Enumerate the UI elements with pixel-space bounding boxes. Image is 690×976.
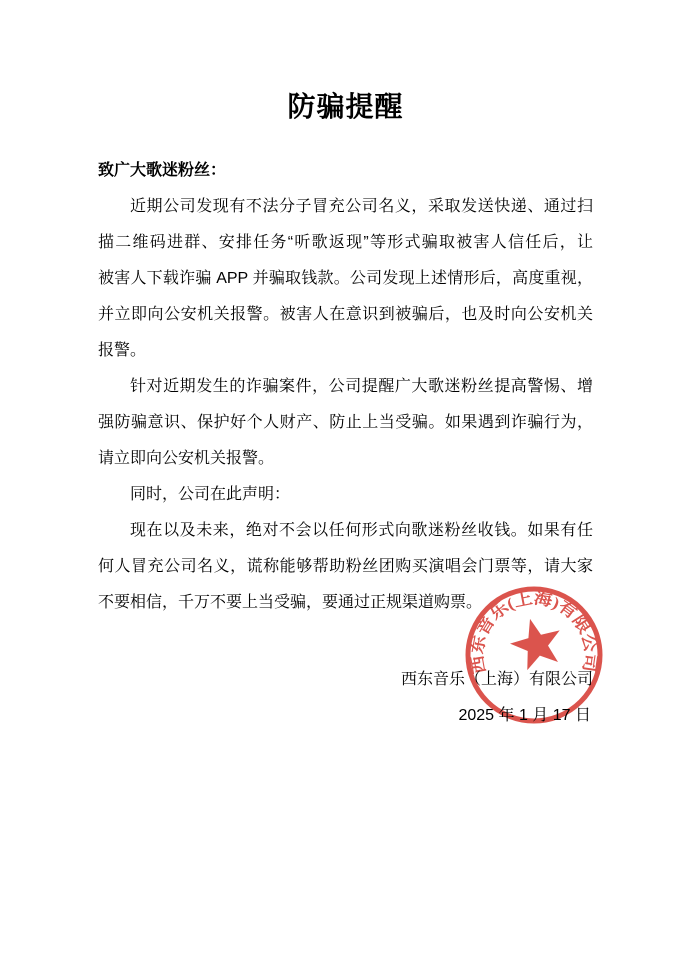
document-page: 防骗提醒 致广大歌迷粉丝： 近期公司发现有不法分子冒充公司名义，采取发送快递、通… — [0, 0, 690, 976]
body-line: 描二维码进群、安排任务“听歌返现”等形式骗取被害人信任后，让 — [98, 225, 593, 261]
body-line: 并立即向公安机关报警。被害人在意识到被骗后，也及时向公安机关 — [98, 297, 593, 333]
body-line: 同时，公司在此声明： — [98, 477, 593, 513]
document-title: 防骗提醒 — [98, 90, 593, 124]
body-line: 强防骗意识、保护好个人财产、防止上当受骗。如果遇到诈骗行为， — [98, 405, 593, 441]
body-line: 近期公司发现有不法分子冒充公司名义，采取发送快递、通过扫 — [98, 189, 593, 225]
paragraph-3: 同时，公司在此声明： — [98, 477, 593, 513]
paragraph-2: 针对近期发生的诈骗案件，公司提醒广大歌迷粉丝提高警惕、增 强防骗意识、保护好个人… — [98, 369, 593, 477]
body-line: 现在以及未来，绝对不会以任何形式向歌迷粉丝收钱。如果有任 — [98, 513, 593, 549]
body-line: 不要相信，千万不要上当受骗，要通过正规渠道购票。 — [98, 585, 593, 621]
body-line: 请立即向公安机关报警。 — [98, 441, 593, 477]
document-body: 防骗提醒 致广大歌迷粉丝： 近期公司发现有不法分子冒充公司名义，采取发送快递、通… — [98, 90, 593, 734]
salutation: 致广大歌迷粉丝： — [98, 153, 593, 189]
body-line: 报警。 — [98, 333, 593, 369]
body-line: 被害人下载诈骗 APP 并骗取钱款。公司发现上述情形后，高度重视， — [98, 261, 593, 297]
document-date: 2025 年 1 月 17 日 — [98, 698, 593, 734]
body-line: 何人冒充公司名义，谎称能够帮助粉丝团购买演唱会门票等，请大家 — [98, 549, 593, 585]
body-line: 针对近期发生的诈骗案件，公司提醒广大歌迷粉丝提高警惕、增 — [98, 369, 593, 405]
paragraph-1: 近期公司发现有不法分子冒充公司名义，采取发送快递、通过扫 描二维码进群、安排任务… — [98, 189, 593, 369]
company-signature: 西东音乐（上海）有限公司 — [98, 662, 593, 698]
paragraph-4: 现在以及未来，绝对不会以任何形式向歌迷粉丝收钱。如果有任 何人冒充公司名义，谎称… — [98, 513, 593, 621]
